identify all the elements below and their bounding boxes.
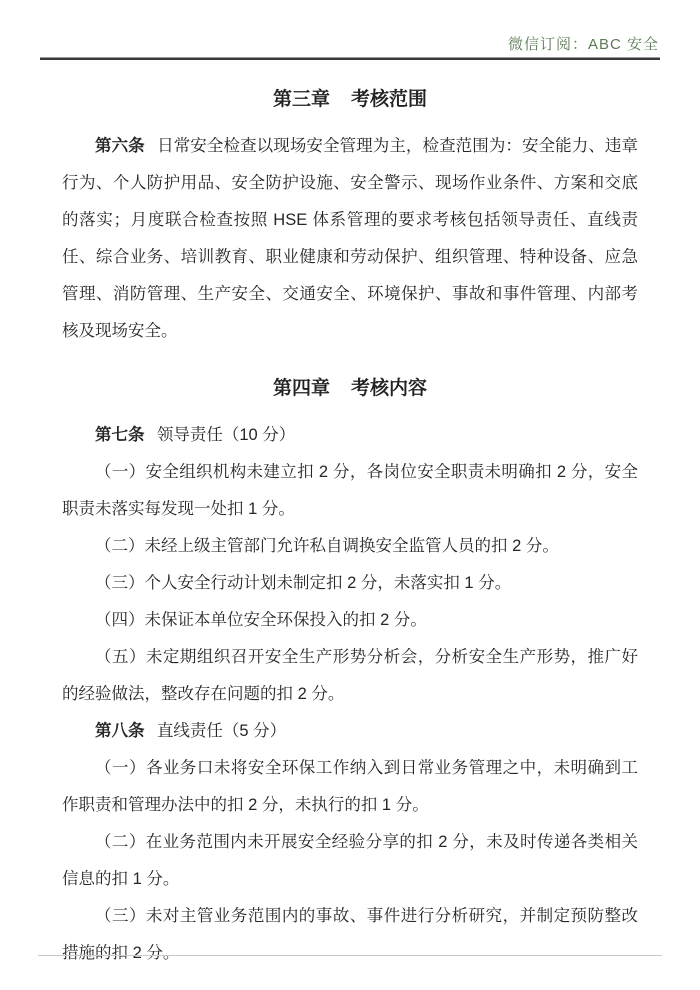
article-6-text: 日常安全检查以现场安全管理为主，检查范围为：安全能力、违章行为、个人防护用品、安…	[62, 137, 638, 340]
chapter-3-number: 第三章	[273, 89, 330, 110]
chapter-4-name: 考核内容	[351, 378, 427, 399]
article-7-item-5: （五）未定期组织召开安全生产形势分析会，分析安全生产形势，推广好的经验做法，整改…	[62, 639, 638, 713]
chapter-3-title: 第三章考核范围	[62, 84, 638, 111]
article-7-lead: 第七条	[95, 426, 145, 444]
article-7-item-3: （三）个人安全行动计划未制定扣 2 分，未落实扣 1 分。	[62, 565, 638, 602]
header-rule	[40, 57, 660, 60]
article-8-item-3: （三）未对主管业务范围内的事故、事件进行分析研究，并制定预防整改措施的扣 2 分…	[62, 898, 638, 972]
document-page: 微信订阅：ABC 安全 第三章考核范围 第六条日常安全检查以现场安全管理为主，检…	[0, 0, 700, 990]
article-6-lead: 第六条	[95, 137, 145, 155]
document-content: 第三章考核范围 第六条日常安全检查以现场安全管理为主，检查范围为：安全能力、违章…	[62, 61, 638, 972]
chapter-4-number: 第四章	[273, 378, 330, 399]
article-7-heading: 第七条领导责任（10 分）	[62, 417, 638, 454]
article-7-item-2: （二）未经上级主管部门允许私自调换安全监管人员的扣 2 分。	[62, 528, 638, 565]
wechat-subscription-label: 微信订阅：ABC 安全	[508, 33, 659, 54]
chapter-4-title: 第四章考核内容	[62, 373, 638, 400]
article-6-paragraph: 第六条日常安全检查以现场安全管理为主，检查范围为：安全能力、违章行为、个人防护用…	[62, 128, 638, 350]
article-8-lead: 第八条	[95, 722, 145, 740]
article-8-item-1: （一）各业务口未将安全环保工作纳入到日常业务管理之中，未明确到工作职责和管理办法…	[62, 750, 638, 824]
article-7-item-1: （一）安全组织机构未建立扣 2 分，各岗位安全职责未明确扣 2 分，安全职责未落…	[62, 454, 638, 528]
chapter-3-name: 考核范围	[351, 89, 427, 110]
article-8-title: 直线责任（5 分）	[157, 722, 286, 740]
article-7-title: 领导责任（10 分）	[157, 426, 295, 444]
article-8-heading: 第八条直线责任（5 分）	[62, 713, 638, 750]
article-8-item-2: （二）在业务范围内未开展安全经验分享的扣 2 分，未及时传递各类相关信息的扣 1…	[62, 824, 638, 898]
footer-rule	[38, 955, 662, 956]
article-7-item-4: （四）未保证本单位安全环保投入的扣 2 分。	[62, 602, 638, 639]
